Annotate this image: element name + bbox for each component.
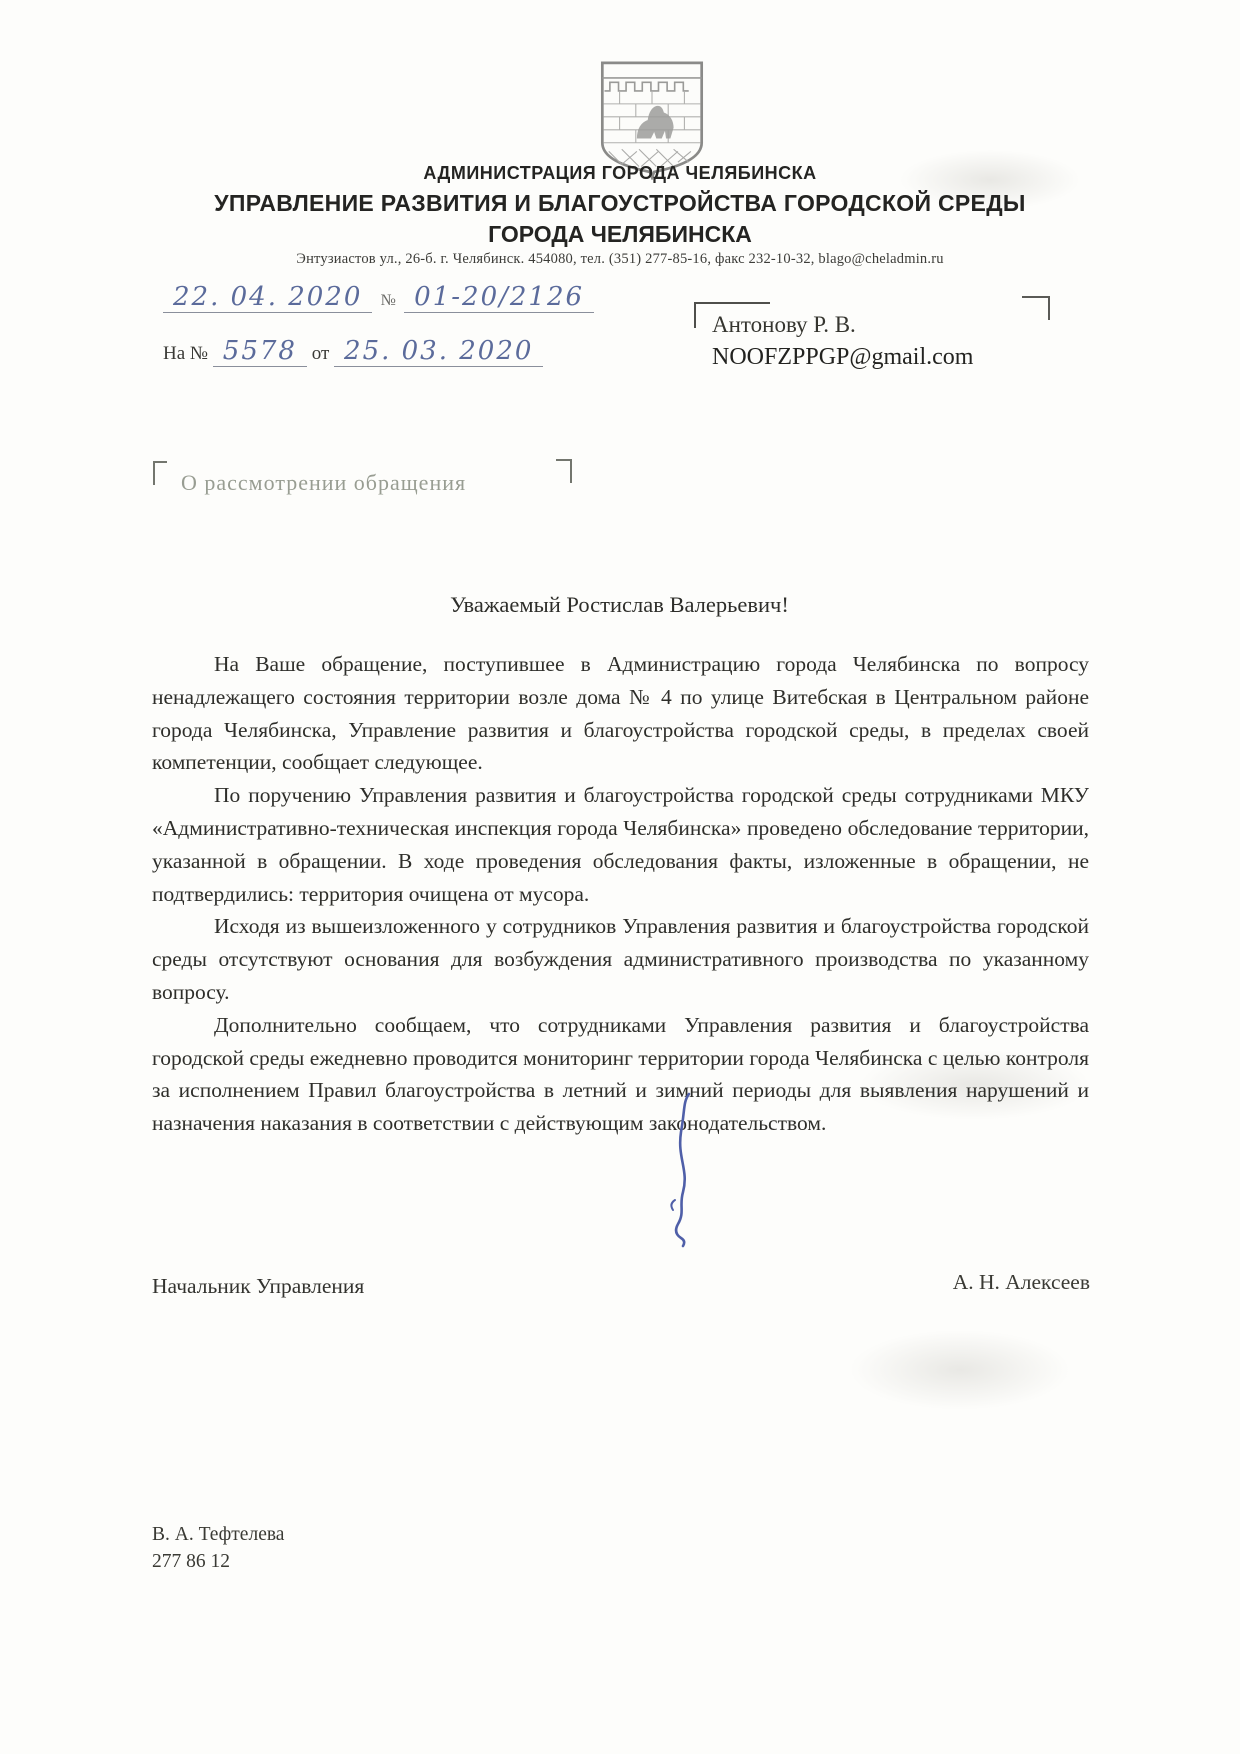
body-paragraph: Дополнительно сообщаем, что сотрудниками… xyxy=(152,1009,1089,1140)
incoming-ref-line: На № 5578 от 25. 03. 2020 xyxy=(163,338,543,367)
subject-line: О рассмотрении обращения xyxy=(181,470,466,496)
executor-phone: 277 86 12 xyxy=(152,1551,230,1573)
incoming-date-handwritten: 25. 03. 2020 xyxy=(334,338,543,367)
body-paragraph: Исходя из вышеизложенного у сотрудников … xyxy=(152,910,1089,1008)
recipient-name: Антонову Р. В. xyxy=(712,312,856,338)
scan-artifact xyxy=(850,1330,1070,1410)
outgoing-ref-line: 22. 04. 2020 № 01-20/2126 xyxy=(163,284,594,313)
body-paragraph: На Ваше обращение, поступившее в Админис… xyxy=(152,648,1089,779)
body-paragraph: По поручению Управления развития и благо… xyxy=(152,779,1089,910)
reply-to-label: На № xyxy=(163,343,208,364)
org-contact-line: Энтузиастов ул., 26-б. г. Челябинск. 454… xyxy=(120,251,1120,268)
corner-mark xyxy=(556,459,572,483)
scanned-letter-page: АДМИНИСТРАЦИЯ ГОРОДА ЧЕЛЯБИНСКА УПРАВЛЕН… xyxy=(0,0,1240,1754)
corner-mark xyxy=(1022,296,1050,320)
corner-mark xyxy=(153,461,167,485)
org-name-line2: УПРАВЛЕНИЕ РАЗВИТИЯ И БЛАГОУСТРОЙСТВА ГО… xyxy=(70,190,1170,217)
recipient-email: NOOFZPPGP@gmail.com xyxy=(712,344,973,371)
coat-of-arms-icon xyxy=(598,58,706,180)
outgoing-date-handwritten: 22. 04. 2020 xyxy=(163,284,372,313)
from-label: от xyxy=(312,343,330,364)
executor-name: В. А. Тефтелева xyxy=(152,1524,284,1546)
org-name-line3: ГОРОДА ЧЕЛЯБИНСКА xyxy=(120,221,1120,248)
incoming-number-handwritten: 5578 xyxy=(213,338,307,367)
salutation: Уважаемый Ростислав Валерьевич! xyxy=(152,592,1087,618)
signer-position-title: Начальник Управления xyxy=(152,1274,364,1299)
signer-name: А. Н. Алексеев xyxy=(953,1270,1090,1295)
handwritten-signature-icon xyxy=(645,1092,715,1252)
letter-body: На Ваше обращение, поступившее в Админис… xyxy=(152,648,1089,1140)
org-name-line1: АДМИНИСТРАЦИЯ ГОРОДА ЧЕЛЯБИНСКА xyxy=(120,163,1120,184)
number-sign-label: № xyxy=(381,292,396,309)
outgoing-number-handwritten: 01-20/2126 xyxy=(404,284,594,313)
